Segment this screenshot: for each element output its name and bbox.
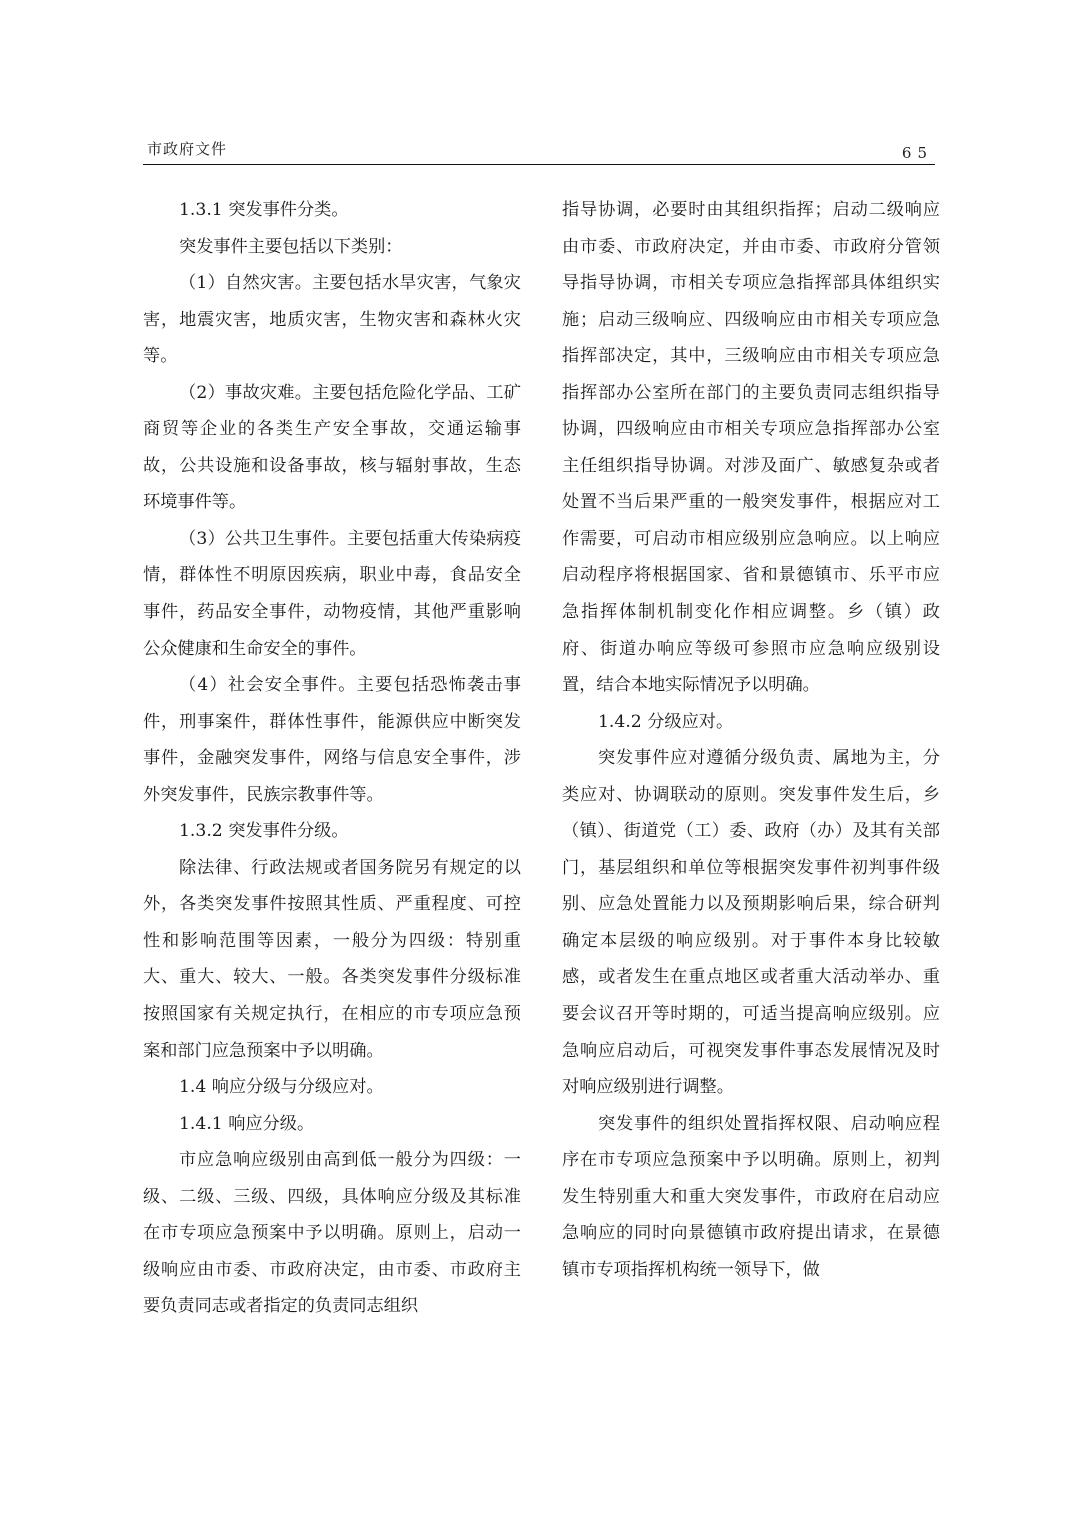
paragraph-natural-disasters: （1）自然灾害。主要包括水旱灾害，气象灾害，地震灾害，地质灾害，生物灾害和森林火…: [143, 265, 521, 375]
page-number: 65: [902, 144, 933, 162]
paragraph-continuation: 指导协调，必要时由其组织指挥；启动二级响应由市委、市政府决定，并由市委、市政府分…: [562, 192, 940, 704]
section-heading-1-4-1: 1.4.1 响应分级。: [143, 1106, 521, 1143]
header-title: 市政府文件: [147, 138, 227, 159]
left-column: 1.3.1 突发事件分类。 突发事件主要包括以下类别： （1）自然灾害。主要包括…: [143, 192, 521, 1325]
header-divider: [143, 164, 935, 165]
paragraph-graded-response: 突发事件应对遵循分级负责、属地为主，分类应对、协调联动的原则。突发事件发生后，乡…: [562, 740, 940, 1105]
section-heading-1-3-1: 1.3.1 突发事件分类。: [143, 192, 521, 229]
paragraph-social-security: （4）社会安全事件。主要包括恐怖袭击事件，刑事案件，群体性事件，能源供应中断突发…: [143, 667, 521, 813]
running-header: 市政府文件 65: [143, 136, 935, 164]
paragraph-command-authority: 突发事件的组织处置指挥权限、启动响应程序在市专项应急预案中予以明确。原则上，初判…: [562, 1106, 940, 1289]
section-heading-1-3-2: 1.3.2 突发事件分级。: [143, 813, 521, 850]
paragraph-grading: 除法律、行政法规或者国务院另有规定的以外，各类突发事件按照其性质、严重程度、可控…: [143, 850, 521, 1069]
paragraph-public-health: （3）公共卫生事件。主要包括重大传染病疫情，群体性不明原因疾病，职业中毒，食品安…: [143, 521, 521, 667]
right-column: 指导协调，必要时由其组织指挥；启动二级响应由市委、市政府决定，并由市委、市政府分…: [562, 192, 940, 1288]
section-heading-1-4: 1.4 响应分级与分级应对。: [143, 1069, 521, 1106]
section-heading-1-4-2: 1.4.2 分级应对。: [562, 704, 940, 741]
paragraph-accidents: （2）事故灾难。主要包括危险化学品、工矿商贸等企业的各类生产安全事故，交通运输事…: [143, 375, 521, 521]
paragraph-response-levels: 市应急响应级别由高到低一般分为四级：一级、二级、三级、四级，具体响应分级及其标准…: [143, 1142, 521, 1325]
paragraph: 突发事件主要包括以下类别：: [143, 229, 521, 266]
